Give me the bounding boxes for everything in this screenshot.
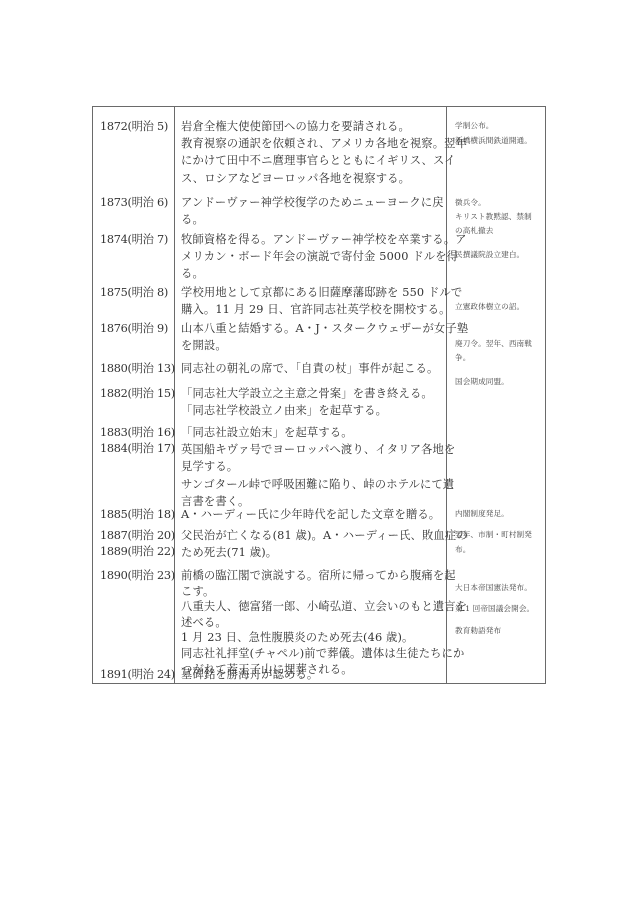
event-text: る。: [181, 214, 204, 225]
event-text: 前橋の臨江閣で演説する。宿所に帰ってから腹痛を起: [181, 570, 456, 581]
context-note: 立憲政体樹立の詔。: [455, 303, 524, 311]
context-note: 翌年、市制・町村制発: [455, 531, 532, 539]
context-note: 内閣制度発足。: [455, 510, 509, 518]
year-cell: 1875(明治 8): [100, 287, 168, 298]
event-text: アンドーヴァー神学校復学のためニューヨークに戻: [181, 197, 444, 208]
year-cell: 1872(明治 5): [100, 121, 168, 132]
context-note: 新橋横浜間鉄道開通。: [455, 137, 532, 145]
event-text: 「同志社設立始末」を起草する。: [181, 427, 353, 438]
year-cell: 1882(明治 15): [100, 388, 175, 399]
event-text: 墓碑銘を勝海舟が認める。: [181, 669, 318, 680]
year-cell: 1887(明治 20): [100, 530, 175, 541]
event-text: 見学する。: [181, 461, 238, 472]
year-cell: 1883(明治 16): [100, 427, 175, 438]
event-text: 「同志社学校設立ノ由来」を起草する。: [181, 405, 387, 416]
event-text: 学校用地として京都にある旧薩摩藩邸跡を 550 ドルで: [181, 287, 462, 298]
year-cell: 1880(明治 13): [100, 363, 175, 374]
context-note: 教育勅語発布: [455, 627, 501, 635]
event-text: 英国船キヴァ号でヨーロッパへ渡り、イタリア各地を: [181, 444, 455, 455]
event-text: ス、ロシアなどヨーロッパ各地を視察する。: [181, 173, 410, 184]
context-note: 大日本帝国憲法発布。: [455, 584, 532, 592]
year-cell: 1891(明治 24): [100, 669, 175, 680]
event-text: 1 月 23 日、急性腹膜炎のため死去(46 歳)。: [181, 632, 413, 643]
context-note: 徴兵令。: [455, 199, 486, 207]
event-text: を開設。: [181, 340, 227, 351]
year-cell: 1884(明治 17): [100, 443, 175, 454]
event-text: 八重夫人、徳富猪一郎、小崎弘道、立会いのもと遺言を: [181, 601, 467, 612]
year-cell: 1873(明治 6): [100, 197, 168, 208]
year-cell: 1876(明治 9): [100, 323, 168, 334]
event-text: にかけて田中不ニ麿理事官らとともにイギリス、スイ: [181, 155, 456, 166]
context-note: 争。: [455, 354, 470, 362]
context-note: キリスト教黙認、禁制: [455, 213, 532, 221]
event-text: 同志社礼拝堂(チャペル)前で葬儀。遺体は生徒たちにか: [181, 648, 465, 659]
event-text: 教育視察の通訳を依頼され、アメリカ各地を視察。翌年: [181, 138, 467, 149]
year-cell: 1885(明治 18): [100, 509, 175, 520]
event-text: 父民治が亡くなる(81 歳)。A・ハーディー氏、敗血症の: [181, 530, 468, 541]
year-cell: 1874(明治 7): [100, 234, 168, 245]
year-cell: 1889(明治 22): [100, 546, 175, 557]
column-divider-notes: [446, 106, 447, 684]
event-text: 購入。11 月 29 日、官許同志社英学校を開校する。: [181, 304, 451, 315]
event-text: A・ハーディー氏に少年時代を記した文章を贈る。: [181, 509, 440, 520]
event-text: 山本八重と結婚する。A・J・スタークウェザーが女子塾: [181, 323, 468, 334]
context-note: 第 1 回帝国議会開会。: [455, 605, 534, 613]
context-note: 廃刀令。翌年、西南戦: [455, 340, 532, 348]
event-text: 言書を書く。: [181, 496, 249, 507]
event-text: ため死去(71 歳)。: [181, 547, 277, 558]
event-text: る。: [181, 268, 204, 279]
event-text: メリカン・ボード年会の演説で寄付金 5000 ドルを得: [181, 251, 458, 262]
event-text: 牧師資格を得る。アンドーヴァー神学校を卒業する。ア: [181, 234, 467, 245]
event-text: こす。: [181, 586, 214, 597]
context-note: 民撰議院設立建白。: [455, 251, 524, 259]
context-note: 布。: [455, 546, 470, 554]
context-note: 国会期成同盟。: [455, 378, 509, 386]
event-text: 岩倉全権大使使節団への協力を要請される。: [181, 121, 410, 132]
event-text: 「同志社大学設立之主意之骨案」を書き終える。: [181, 388, 433, 399]
context-note: 学制公布。: [455, 122, 493, 130]
event-text: 同志社の朝礼の席で、「自責の杖」事件が起こる。: [181, 363, 438, 374]
event-text: 述べる。: [181, 617, 227, 628]
year-cell: 1890(明治 23): [100, 570, 175, 581]
event-text: サンゴタール峠で呼吸困難に陥り、峠のホテルにて遺: [181, 479, 454, 490]
